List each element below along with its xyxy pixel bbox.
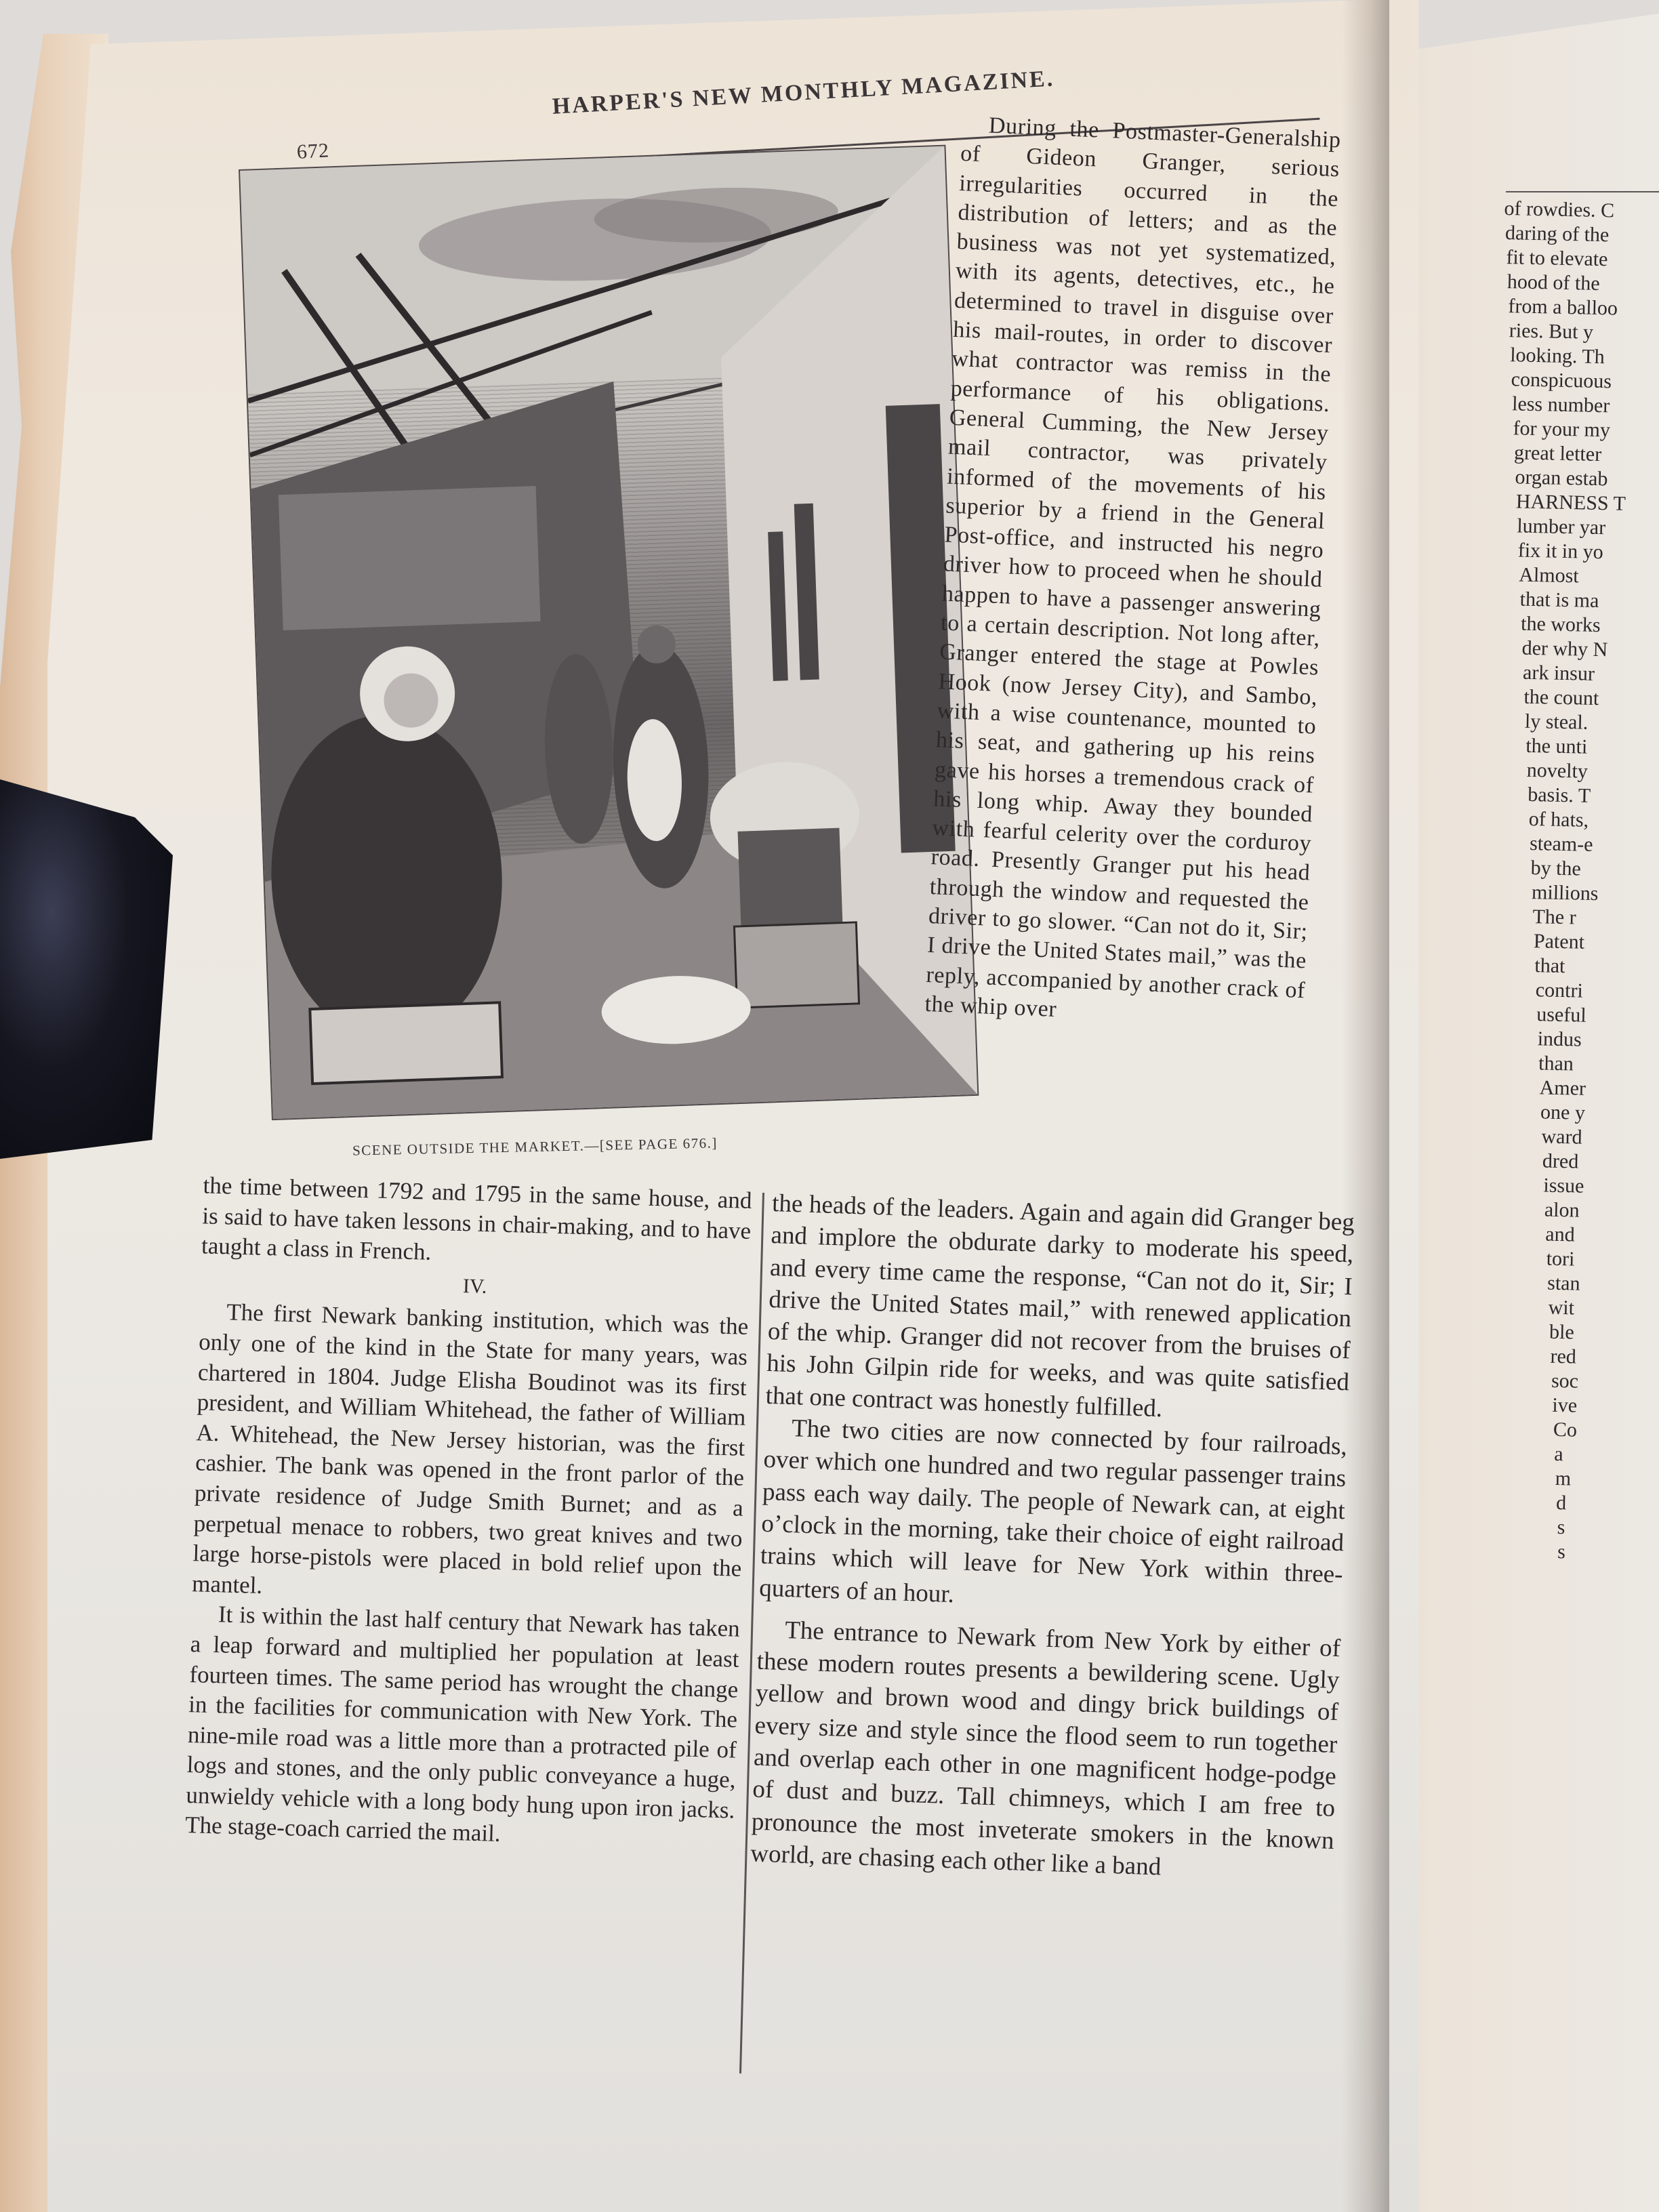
- facing-page-line: less number: [1500, 392, 1659, 419]
- facing-page-line: that is ma: [1496, 587, 1659, 615]
- facing-page-line: ly steal.: [1493, 709, 1659, 737]
- facing-page-line: wit: [1481, 1294, 1658, 1322]
- paragraph-continuation: the time between 1792 and 1795 in the sa…: [201, 1170, 752, 1276]
- facing-page-line: organ estab: [1498, 465, 1659, 493]
- facing-page-line: soc: [1479, 1368, 1656, 1395]
- facing-page-line: of hats,: [1491, 806, 1659, 834]
- facing-page-line: by the: [1490, 855, 1659, 883]
- facing-page-line: from a balloo: [1502, 294, 1659, 322]
- paragraph-continuation: the heads of the leaders. Again and agai…: [765, 1187, 1355, 1431]
- facing-page-line: fix it in yo: [1497, 538, 1659, 566]
- market-scene-icon: [240, 146, 977, 1119]
- facing-page-line: red: [1480, 1343, 1657, 1371]
- facing-page-line: novelty: [1492, 758, 1659, 785]
- facing-page-line: s: [1477, 1514, 1654, 1542]
- facing-page-rule: [1506, 191, 1659, 192]
- facing-page-line: ble: [1481, 1319, 1658, 1347]
- paragraph: It is within the last half century that …: [185, 1599, 741, 1856]
- facing-page-line: for your my: [1499, 416, 1659, 444]
- article-column-right-bottom: the heads of the leaders. Again and agai…: [750, 1187, 1355, 1889]
- facing-page-line: m: [1477, 1465, 1654, 1493]
- facing-page-line: The r: [1489, 904, 1659, 932]
- paragraph: The two cities are now connected by four…: [759, 1412, 1348, 1623]
- facing-page-line: hood of the: [1502, 270, 1659, 298]
- facing-page-line: Patent: [1489, 928, 1659, 956]
- article-column-right-top: During the Postmaster-Generalship of Gid…: [924, 110, 1342, 1034]
- facing-page-column: of rowdies. Cdaring of thefit to elevate…: [1476, 197, 1659, 1566]
- facing-page-line: basis. T: [1492, 782, 1659, 810]
- facing-page-line: fit to elevate: [1503, 245, 1659, 273]
- facing-page-line: contri: [1488, 977, 1659, 1005]
- facing-page-line: than: [1486, 1050, 1659, 1078]
- binder-clip: [0, 779, 173, 1159]
- facing-page-line: stan: [1481, 1270, 1658, 1298]
- facing-page-line: Amer: [1486, 1075, 1659, 1103]
- facing-page-line: the unti: [1493, 733, 1659, 761]
- facing-page-line: of rowdies. C: [1504, 197, 1659, 224]
- facing-page-line: one y: [1485, 1099, 1659, 1127]
- facing-page-line: conspicuous: [1500, 367, 1659, 395]
- facing-page-line: ries. But y: [1501, 319, 1659, 346]
- gutter-shadow: [1342, 0, 1389, 2212]
- facing-page-line: and: [1483, 1221, 1659, 1249]
- facing-page-line: that: [1488, 953, 1659, 981]
- facing-page-line: ark insur: [1494, 660, 1659, 688]
- facing-page-line: alon: [1483, 1197, 1659, 1225]
- facing-page-line: steam-e: [1491, 831, 1659, 859]
- facing-page-line: s: [1476, 1538, 1653, 1566]
- paragraph: The first Newark banking institution, wh…: [192, 1297, 749, 1614]
- facing-page-line: daring of the: [1503, 221, 1659, 249]
- facing-page-line: Co: [1479, 1416, 1656, 1444]
- article-column-left-bottom: the time between 1792 and 1795 in the sa…: [185, 1170, 752, 1856]
- facing-page-line: lumber yar: [1497, 514, 1659, 541]
- facing-page-line: HARNESS T: [1498, 489, 1659, 517]
- facing-page-line: millions: [1490, 880, 1659, 907]
- facing-page-line: the works: [1495, 611, 1659, 639]
- facing-page-line: ive: [1479, 1392, 1656, 1420]
- engraving-illustration: [239, 145, 979, 1121]
- facing-page-line: issue: [1483, 1172, 1659, 1200]
- facing-page-line: indus: [1487, 1026, 1659, 1054]
- facing-page-line: tori: [1482, 1246, 1659, 1273]
- facing-page-line: Almost: [1496, 562, 1659, 590]
- facing-page-line: great letter: [1499, 441, 1659, 468]
- paragraph: The entrance to Newark from New York by …: [750, 1614, 1341, 1889]
- facing-page-line: looking. Th: [1501, 343, 1659, 371]
- facing-page-line: dred: [1484, 1148, 1659, 1176]
- page-number: 672: [296, 139, 330, 164]
- facing-page-line: der why N: [1495, 636, 1659, 663]
- paragraph: During the Postmaster-Generalship of Gid…: [924, 110, 1342, 1034]
- facing-page-line: useful: [1487, 1002, 1659, 1029]
- facing-page-line: d: [1477, 1490, 1654, 1517]
- facing-page-line: a: [1478, 1441, 1655, 1469]
- facing-page-line: ward: [1485, 1124, 1659, 1151]
- facing-page-line: the count: [1494, 684, 1659, 712]
